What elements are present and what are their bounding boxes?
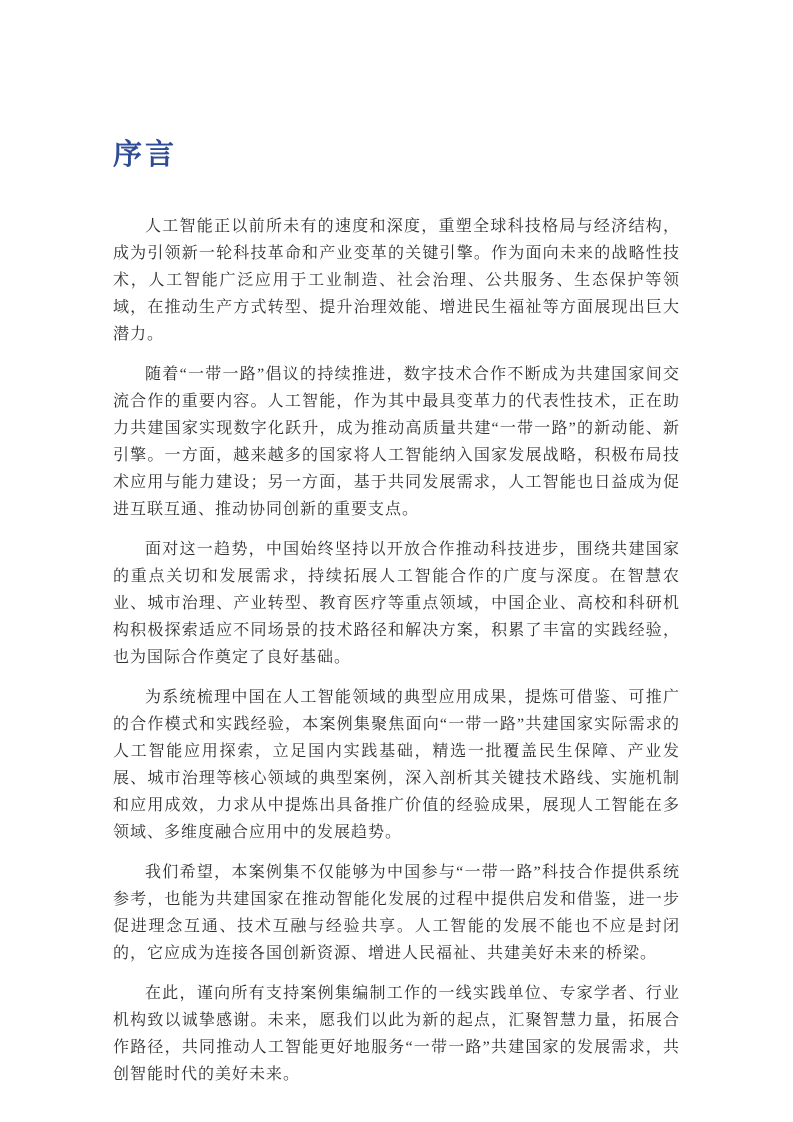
document-body: 人工智能正以前所未有的速度和深度，重塑全球科技格局与经济结构，成为引领新一轮科技… xyxy=(113,213,680,1088)
paragraph-5: 我们希望，本案例集不仅能够为中国参与“一带一路”科技合作提供系统参考，也能为共建… xyxy=(113,859,680,967)
document-page: 序言 人工智能正以前所未有的速度和深度，重塑全球科技格局与经济结构，成为引领新一… xyxy=(0,0,793,1122)
page-title: 序言 xyxy=(113,138,680,173)
paragraph-3: 面对这一趋势，中国始终坚持以开放合作推动科技进步，围绕共建国家的重点关切和发展需… xyxy=(113,536,680,671)
paragraph-2: 随着“一带一路”倡议的持续推进，数字技术合作不断成为共建国家间交流合作的重要内容… xyxy=(113,361,680,523)
paragraph-4: 为系统梳理中国在人工智能领域的典型应用成果，提炼可借鉴、可推广的合作模式和实践经… xyxy=(113,684,680,846)
paragraph-6: 在此，谨向所有支持案例集编制工作的一线实践单位、专家学者、行业机构致以诚挚感谢。… xyxy=(113,980,680,1088)
paragraph-1: 人工智能正以前所未有的速度和深度，重塑全球科技格局与经济结构，成为引领新一轮科技… xyxy=(113,213,680,348)
page-content: 序言 人工智能正以前所未有的速度和深度，重塑全球科技格局与经济结构，成为引领新一… xyxy=(113,138,680,1088)
